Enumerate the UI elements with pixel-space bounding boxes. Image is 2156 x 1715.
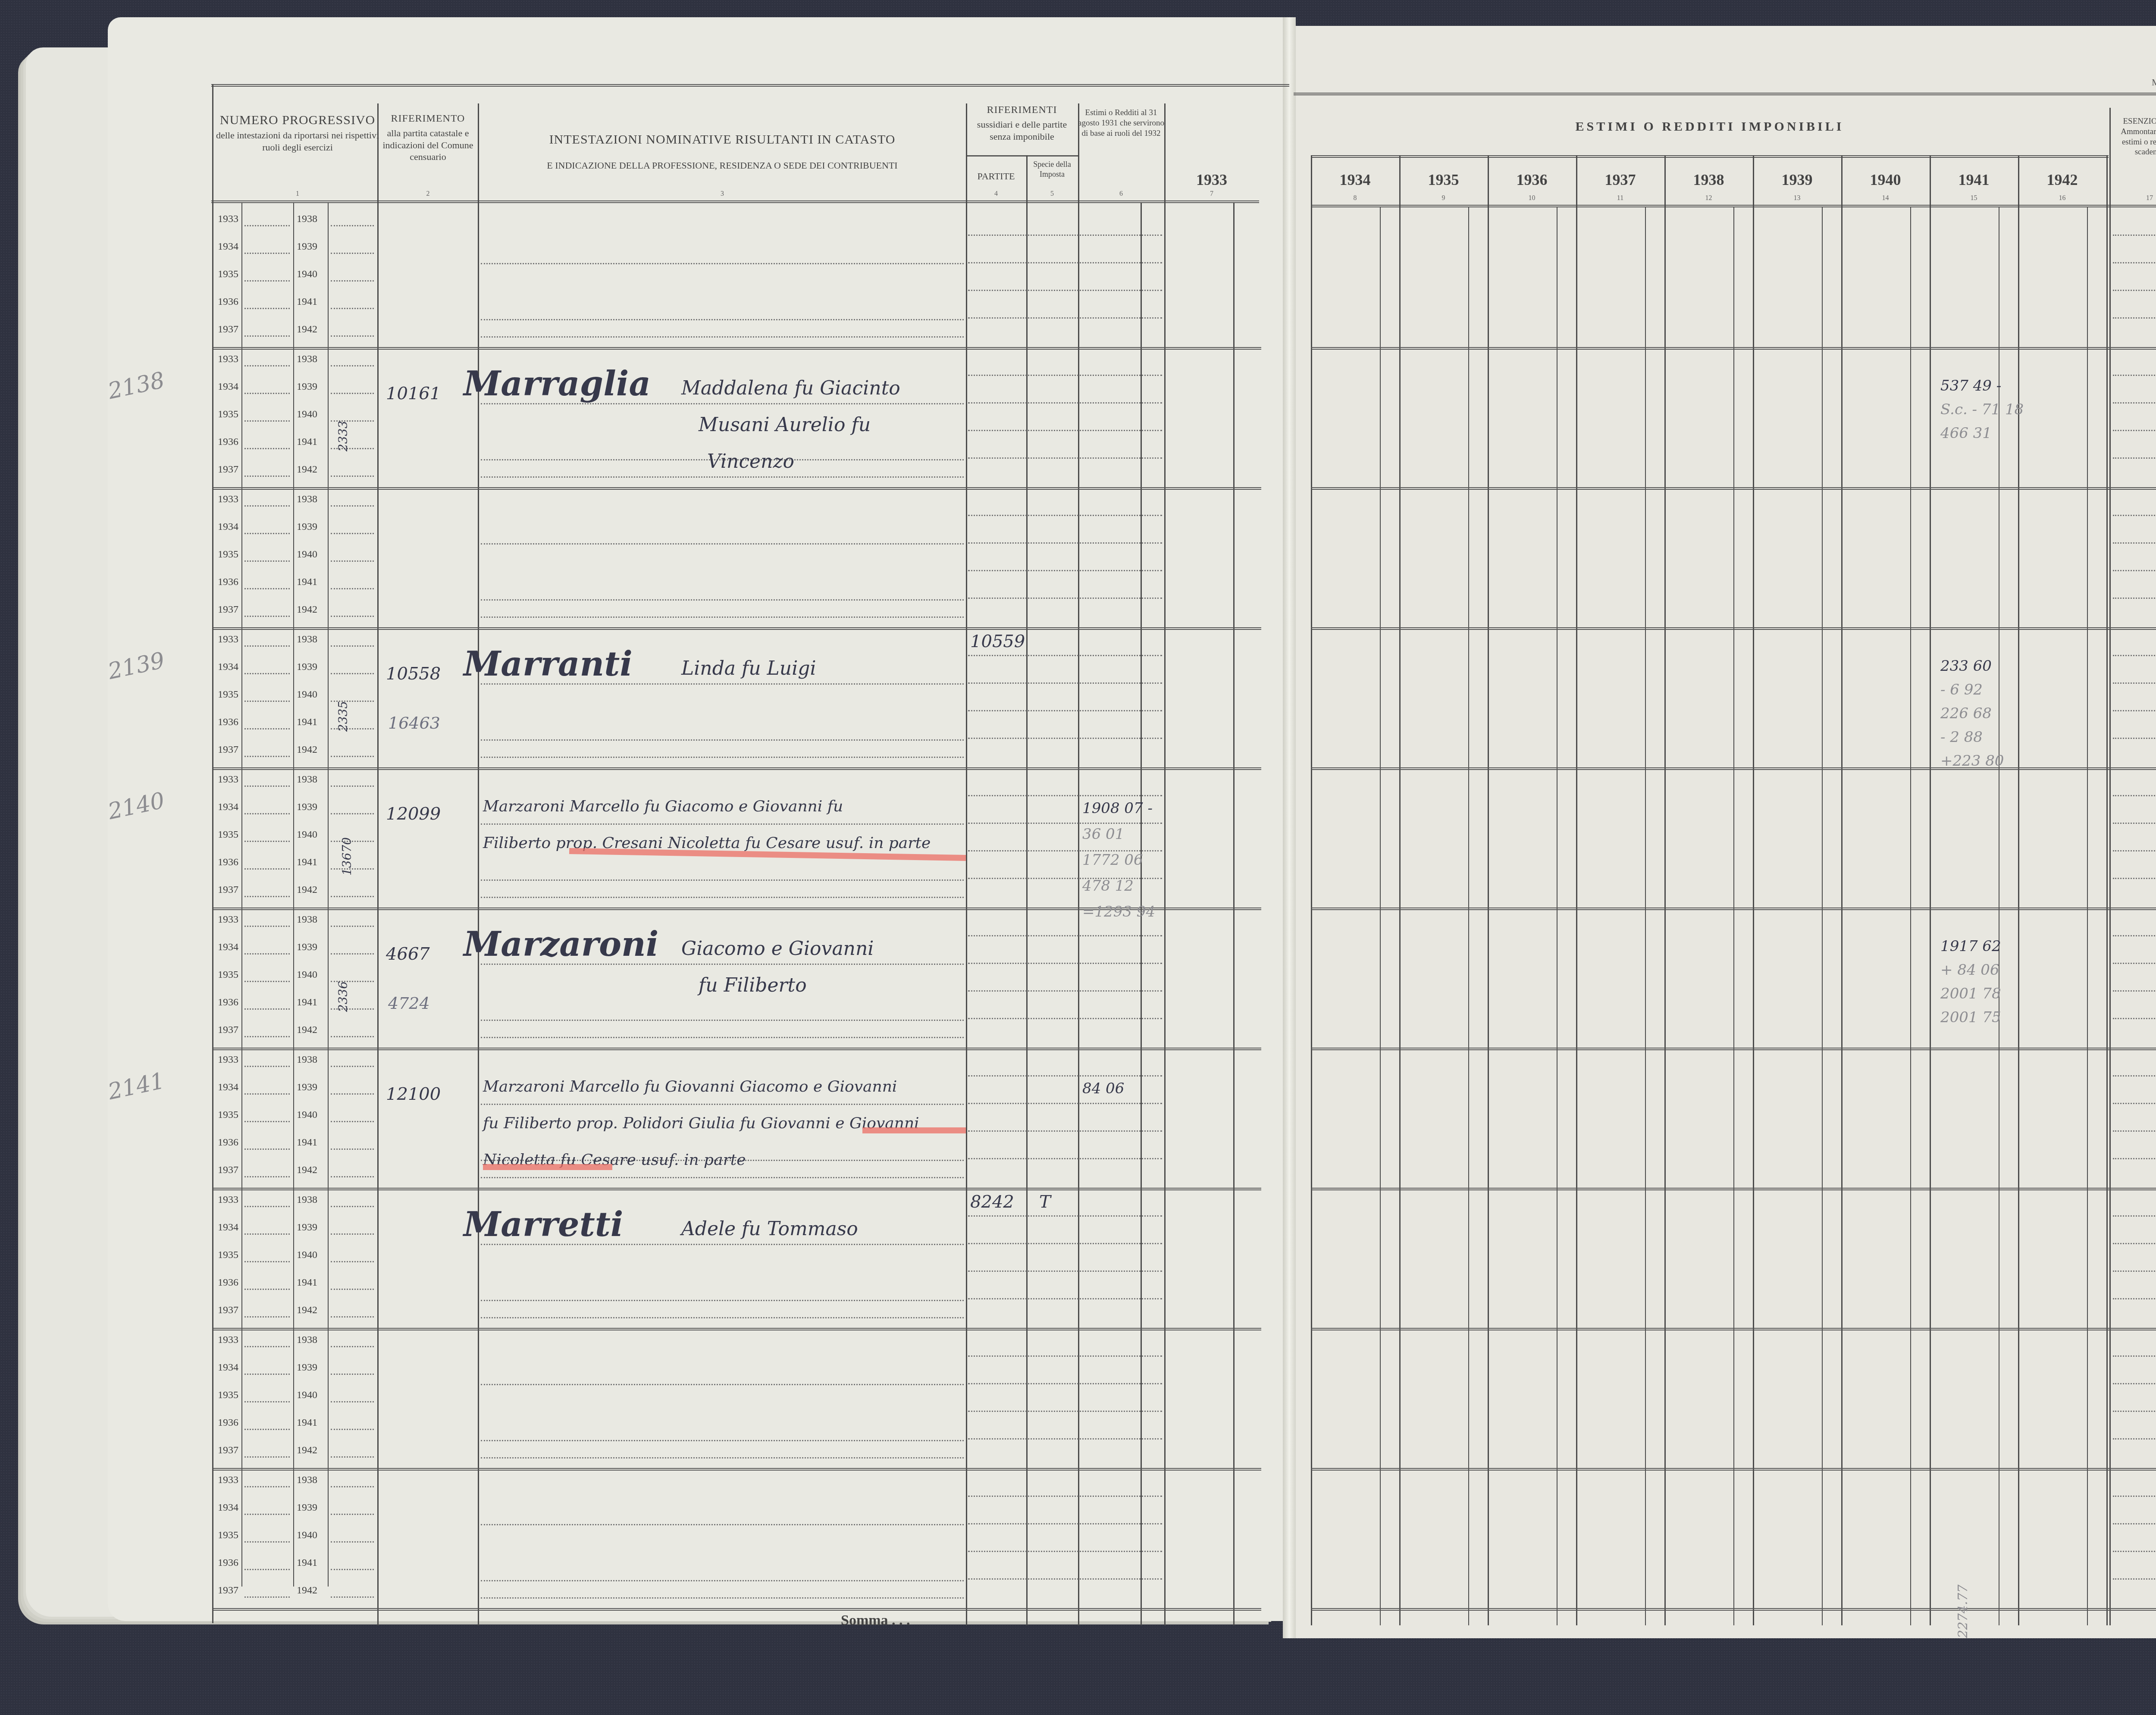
name-dotted-line — [481, 757, 964, 758]
row-separator — [1311, 1328, 2156, 1330]
year-label: 1941 — [297, 857, 317, 868]
name-dotted-line — [481, 739, 964, 741]
subrow-dotted-line — [2113, 290, 2156, 291]
year-label: 1938 — [297, 914, 317, 926]
subrow-dotted-line — [968, 317, 1162, 319]
year-label: 1941 — [297, 1417, 317, 1429]
year-dotted-line — [331, 616, 374, 617]
year-dotted-line — [331, 1401, 374, 1402]
row-separator — [1311, 1608, 2156, 1611]
subrow-dotted-line — [968, 738, 1162, 739]
subrow-dotted-line — [2113, 1578, 2156, 1580]
year-dotted-line — [244, 1569, 290, 1570]
name-dotted-line — [481, 319, 964, 320]
y1941-value: 226 68 — [1940, 705, 1992, 722]
y1941-value: 466 31 — [1940, 425, 1992, 442]
name-dotted-line — [481, 1524, 964, 1525]
year-dotted-line — [244, 616, 290, 617]
col-divider — [1233, 203, 1235, 1625]
year-label: 1935 — [218, 1249, 238, 1261]
year-header-1940: 1940 — [1841, 170, 1930, 190]
year-label: 1937 — [218, 884, 238, 896]
row-separator — [1311, 627, 2156, 630]
subrow-dotted-line — [968, 935, 1162, 936]
year-label: 1942 — [297, 604, 317, 616]
name-dotted-line — [481, 1384, 964, 1385]
subrow-dotted-line — [2113, 1523, 2156, 1524]
cents-divider — [1380, 207, 1381, 1625]
year-dotted-line — [331, 533, 374, 534]
subrow-dotted-line — [2113, 375, 2156, 376]
year-dotted-line — [244, 645, 290, 647]
estimi-1931-value: 1908 07 - — [1082, 800, 1153, 817]
year-label: 1936 — [218, 1277, 238, 1289]
subrow-dotted-line — [2113, 430, 2156, 431]
col-divider — [1078, 103, 1079, 1625]
row-separator — [213, 1468, 1261, 1471]
year-dotted-line — [244, 280, 290, 282]
year-dotted-line — [244, 1289, 290, 1290]
subrow-dotted-line — [968, 1018, 1162, 1019]
year-dotted-line — [244, 393, 290, 394]
year-dotted-line — [244, 896, 290, 897]
row-separator — [1311, 1468, 2156, 1471]
year-label: 1935 — [218, 1390, 238, 1401]
subrow-dotted-line — [2113, 1496, 2156, 1497]
year-label: 1934 — [218, 661, 238, 673]
subrow-dotted-line — [968, 457, 1162, 459]
year-label: 1935 — [218, 409, 238, 420]
year-label: 1942 — [297, 744, 317, 756]
right-header-top-rule — [1294, 93, 2156, 95]
year-dotted-line — [331, 1233, 374, 1235]
year-label: 1934 — [218, 1362, 238, 1374]
year-dotted-line — [331, 588, 374, 589]
year-column-number: 10 — [1488, 194, 1576, 203]
year-dotted-line — [244, 673, 290, 674]
subrow-dotted-line — [2113, 457, 2156, 459]
year-dotted-line — [244, 448, 290, 449]
surname: Marretti — [464, 1205, 623, 1244]
surname: Marranti — [464, 645, 633, 684]
year-label: 1940 — [297, 689, 317, 701]
name-detail-line: Maddalena fu Giacinto — [681, 377, 900, 399]
year-label: 1936 — [218, 1137, 238, 1149]
cadastral-reference: 4667 — [386, 944, 430, 964]
y1941-value: 2001 75 — [1940, 1009, 2001, 1026]
year-label: 1940 — [297, 1109, 317, 1121]
year-dotted-line — [244, 981, 290, 982]
year-label: 1936 — [218, 576, 238, 588]
name-dotted-line — [481, 1177, 964, 1178]
subrow-dotted-line — [2113, 515, 2156, 516]
year-dotted-line — [331, 393, 374, 394]
year-dotted-line — [244, 1514, 290, 1515]
subrow-dotted-line — [968, 1130, 1162, 1132]
row-separator — [213, 1048, 1261, 1050]
col7-year: 1933 — [1164, 170, 1259, 190]
name-dotted-line — [481, 1317, 964, 1318]
year-dotted-line — [331, 1289, 374, 1290]
year-dotted-line — [244, 365, 290, 366]
year-dotted-line — [244, 701, 290, 702]
name-dotted-line — [481, 1104, 964, 1105]
year-dotted-line — [244, 1541, 290, 1543]
col45-subtitle: sussidiari e delle partite senza imponib… — [966, 119, 1078, 142]
year-dotted-line — [331, 280, 374, 282]
year-dotted-line — [244, 1596, 290, 1598]
y1941-value: - 2 88 — [1940, 729, 1983, 746]
year-dotted-line — [331, 1261, 374, 1262]
year-dotted-line — [331, 308, 374, 309]
year-label: 1942 — [297, 1164, 317, 1176]
subrow-dotted-line — [968, 542, 1162, 544]
year-dotted-line — [331, 1596, 374, 1598]
year-dotted-line — [244, 308, 290, 309]
subrow-dotted-line — [968, 1383, 1162, 1384]
year-label: 1933 — [218, 914, 238, 926]
col-divider — [1664, 155, 1666, 1625]
col-divider — [2109, 108, 2111, 1625]
year-label: 1942 — [297, 1445, 317, 1456]
year-dotted-line — [331, 1206, 374, 1207]
name-dotted-line — [481, 1457, 964, 1458]
year-label: 1940 — [297, 829, 317, 841]
year-header-1935: 1935 — [1399, 170, 1488, 190]
year-label: 1938 — [297, 213, 317, 225]
name-detail-line: Giacomo e Giovanni — [681, 938, 874, 960]
year-label: 1935 — [218, 689, 238, 701]
year-label: 1937 — [218, 464, 238, 476]
col-divider — [1841, 155, 1843, 1625]
subrow-dotted-line — [968, 290, 1162, 291]
cents-divider — [1910, 207, 1911, 1625]
secondary-reference: 13670 — [340, 837, 354, 876]
col-divider — [377, 103, 379, 1625]
name-dotted-line — [481, 543, 964, 545]
subrow-dotted-line — [2113, 655, 2156, 656]
subrow-dotted-line — [968, 1298, 1162, 1299]
subrow-dotted-line — [968, 598, 1162, 599]
col1-number: 1 — [216, 190, 379, 198]
subrow-dotted-line — [968, 262, 1162, 263]
year-header-1939: 1939 — [1753, 170, 1841, 190]
subrow-dotted-line — [968, 1075, 1162, 1077]
estimi-1931-value: 1772 06 — [1082, 851, 1143, 869]
subrow-dotted-line — [2113, 1298, 2156, 1299]
year-dotted-line — [331, 1456, 374, 1458]
name-dotted-line — [481, 1580, 964, 1581]
year-label: 1942 — [297, 464, 317, 476]
col6-title: Estimi o Redditi al 31 agosto 1931 che s… — [1078, 108, 1164, 138]
year-column-number: 15 — [1930, 194, 2018, 203]
year-dotted-line — [244, 476, 290, 477]
subrow-dotted-line — [2113, 823, 2156, 824]
subrow-dotted-line — [2113, 1271, 2156, 1272]
year-label: 1940 — [297, 1249, 317, 1261]
year-label: 1941 — [297, 1137, 317, 1149]
year-label: 1940 — [297, 969, 317, 981]
year-label: 1937 — [218, 1164, 238, 1176]
year-dotted-line — [244, 1206, 290, 1207]
year-dotted-line — [244, 756, 290, 757]
year-header-1941: 1941 — [1930, 170, 2018, 190]
year-dotted-line — [244, 1486, 290, 1487]
col5-number: 5 — [1026, 190, 1078, 198]
year-dotted-line — [331, 1316, 374, 1318]
year-dotted-line — [244, 728, 290, 729]
col2-number: 2 — [377, 190, 479, 198]
subrow-dotted-line — [968, 1438, 1162, 1440]
year-dotted-line — [331, 645, 374, 647]
year-dotted-line — [331, 505, 374, 507]
estimi-group-rule — [1311, 155, 2109, 158]
subrow-dotted-line — [968, 1411, 1162, 1412]
year-label: 1938 — [297, 494, 317, 505]
year-label: 1935 — [218, 269, 238, 280]
col4-number: 4 — [966, 190, 1026, 198]
y1941-value: S.c. - 71 18 — [1940, 401, 2024, 418]
name-detail-line: Musani Aurelio fu — [699, 414, 871, 436]
year-label: 1938 — [297, 354, 317, 365]
row-separator — [213, 627, 1261, 630]
cents-divider — [2087, 207, 2088, 1625]
year-label: 1940 — [297, 269, 317, 280]
year-label: 1938 — [297, 1474, 317, 1486]
col-divider — [2106, 155, 2108, 1625]
year-dotted-line — [331, 1176, 374, 1177]
year-label: 1939 — [297, 1082, 317, 1093]
subrow-dotted-line — [968, 430, 1162, 431]
year-dotted-line — [331, 1066, 374, 1067]
year-label: 1934 — [218, 241, 238, 253]
name-dotted-line — [481, 1300, 964, 1301]
year-dotted-line — [331, 365, 374, 366]
subrow-dotted-line — [968, 1523, 1162, 1524]
subrow-dotted-line — [2113, 1130, 2156, 1132]
year-label: 1939 — [297, 1222, 317, 1233]
form-model-label: Mod. 111 - Imposte Dirette (Intercalare)… — [2152, 77, 2156, 88]
year-label: 1937 — [218, 604, 238, 616]
year-dotted-line — [244, 533, 290, 534]
subrow-dotted-line — [968, 402, 1162, 404]
year-label: 1934 — [218, 521, 238, 533]
subrow-dotted-line — [2113, 963, 2156, 964]
subrow-dotted-line — [2113, 795, 2156, 796]
year-dotted-line — [244, 1149, 290, 1150]
subrow-dotted-line — [968, 1271, 1162, 1272]
subrow-dotted-line — [2113, 878, 2156, 879]
col-divider — [1753, 155, 1754, 1625]
cadastral-reference: 12099 — [386, 804, 441, 824]
subrow-dotted-line — [2113, 262, 2156, 263]
year-column-number: 12 — [1664, 194, 1753, 203]
year-label: 1935 — [218, 1530, 238, 1541]
subrow-dotted-line — [968, 710, 1162, 711]
col-divider — [966, 103, 967, 1625]
year-label: 1939 — [297, 1502, 317, 1514]
year-subcol-divider — [293, 203, 294, 1587]
left-page — [108, 17, 1294, 1621]
sum-label: Somma . . . — [841, 1612, 910, 1629]
year-label: 1933 — [218, 1334, 238, 1346]
year-label: 1938 — [297, 1334, 317, 1346]
year-subcol-divider — [328, 203, 329, 1587]
year-dotted-line — [244, 1121, 290, 1122]
year-label: 1942 — [297, 884, 317, 896]
col-divider — [1164, 103, 1166, 1625]
name-detail-line: Marzaroni Marcello fu Giacomo e Giovanni… — [483, 798, 843, 815]
year-dotted-line — [244, 841, 290, 842]
subrow-dotted-line — [968, 1355, 1162, 1357]
year-label: 1934 — [218, 942, 238, 953]
name-dotted-line — [481, 263, 964, 264]
year-dotted-line — [244, 1456, 290, 1458]
year-dotted-line — [331, 1374, 374, 1375]
exemptions-header: ESENZIONI — Ammontare degli estimi o red… — [2111, 116, 2156, 157]
year-dotted-line — [331, 926, 374, 927]
year-label: 1933 — [218, 1474, 238, 1486]
col5-title: Specie della Imposta — [1026, 160, 1078, 179]
year-dotted-line — [331, 1093, 374, 1095]
subrow-dotted-line — [968, 990, 1162, 992]
subrow-dotted-line — [2113, 1018, 2156, 1019]
secondary-reference: 2333 — [336, 421, 350, 451]
subrow-dotted-line — [2113, 1215, 2156, 1217]
col-divider — [2018, 155, 2019, 1625]
year-label: 1935 — [218, 969, 238, 981]
year-column-number: 11 — [1576, 194, 1664, 203]
subrow-dotted-line — [2113, 1103, 2156, 1104]
subrow-dotted-line — [2113, 1158, 2156, 1159]
subrow-dotted-line — [2113, 317, 2156, 319]
subrow-dotted-line — [968, 1103, 1162, 1104]
year-column-number: 9 — [1399, 194, 1488, 203]
subrow-dotted-line — [2113, 1438, 2156, 1440]
subrow-dotted-line — [968, 1243, 1162, 1244]
year-dotted-line — [331, 756, 374, 757]
year-label: 1942 — [297, 324, 317, 335]
subrow-dotted-line — [2113, 570, 2156, 571]
cents-divider — [1733, 207, 1734, 1625]
subrow-dotted-line — [968, 235, 1162, 236]
year-dotted-line — [244, 1316, 290, 1318]
name-detail-line: Adele fu Tommaso — [681, 1218, 858, 1240]
year-label: 1933 — [218, 354, 238, 365]
year-label: 1937 — [218, 744, 238, 756]
year-label: 1935 — [218, 829, 238, 841]
year-dotted-line — [244, 225, 290, 226]
col1-subtitle: delle intestazioni da riportarsi nei ris… — [216, 129, 379, 153]
year-dotted-line — [244, 1346, 290, 1347]
year-dotted-line — [331, 560, 374, 562]
year-dotted-line — [244, 1401, 290, 1402]
year-header-1934: 1934 — [1311, 170, 1399, 190]
row-separator — [1311, 908, 2156, 910]
sum-1941-value: 2274.77 — [1955, 1584, 1971, 1638]
year-dotted-line — [331, 1486, 374, 1487]
name-dotted-line — [481, 476, 964, 478]
col-divider — [1930, 155, 1931, 1625]
year-label: 1934 — [218, 1502, 238, 1514]
name-dotted-line — [481, 879, 964, 881]
year-dotted-line — [331, 1149, 374, 1150]
year-label: 1937 — [218, 1445, 238, 1456]
year-label: 1942 — [297, 1305, 317, 1316]
subrow-dotted-line — [2113, 542, 2156, 544]
year-dotted-line — [244, 588, 290, 589]
cents-divider — [1999, 207, 1999, 1625]
year-header-1937: 1937 — [1576, 170, 1664, 190]
year-label: 1941 — [297, 717, 317, 728]
name-detail-line: Marzaroni Marcello fu Giovanni Giacomo e… — [483, 1078, 897, 1095]
subrow-dotted-line — [968, 795, 1162, 796]
year-dotted-line — [244, 786, 290, 787]
year-dotted-line — [331, 1541, 374, 1543]
year-dotted-line — [331, 896, 374, 897]
subrow-dotted-line — [2113, 682, 2156, 684]
col45-divider — [966, 155, 1078, 156]
name-detail-line: fu Filiberto prop. Polidori Giulia fu Gi… — [483, 1114, 919, 1132]
col-divider — [1311, 155, 1312, 1625]
secondary-reference: 2336 — [336, 981, 350, 1012]
year-dotted-line — [244, 1066, 290, 1067]
year-dotted-line — [331, 476, 374, 477]
year-label: 1934 — [218, 381, 238, 393]
year-label: 1937 — [218, 1024, 238, 1036]
col3-number: 3 — [479, 190, 966, 198]
year-label: 1941 — [297, 576, 317, 588]
subrow-dotted-line — [2113, 738, 2156, 739]
subrow-dotted-line — [2113, 598, 2156, 599]
y1941-value: + 84 06 — [1940, 961, 1999, 979]
subrow-dotted-line — [968, 1496, 1162, 1497]
red-strikethrough — [862, 1127, 966, 1133]
year-dotted-line — [331, 335, 374, 337]
year-column-number: 13 — [1753, 194, 1841, 203]
year-dotted-line — [331, 253, 374, 254]
name-dotted-line — [481, 1037, 964, 1038]
year-column-number: 8 — [1311, 194, 1399, 203]
year-dotted-line — [331, 1036, 374, 1037]
year-label: 1938 — [297, 634, 317, 645]
subrow-dotted-line — [2113, 402, 2156, 404]
year-label: 1936 — [218, 997, 238, 1008]
year-dotted-line — [244, 1233, 290, 1235]
year-dotted-line — [244, 1008, 290, 1010]
estimi-group-title: ESTIMI O REDDITI IMPONIBILI — [1311, 119, 2109, 135]
year-dotted-line — [331, 813, 374, 814]
year-dotted-line — [331, 1346, 374, 1347]
year-label: 1933 — [218, 634, 238, 645]
partite-value: 10559 — [970, 632, 1025, 651]
year-dotted-line — [331, 953, 374, 955]
row-separator — [1311, 1048, 2156, 1050]
name-dotted-line — [481, 1597, 964, 1599]
col2-title: RIFERIMENTO — [377, 112, 479, 125]
cents-divider — [1468, 207, 1469, 1625]
row-separator — [1311, 1188, 2156, 1190]
subrow-dotted-line — [968, 570, 1162, 571]
cadastral-reference: 10161 — [386, 384, 441, 404]
year-label: 1935 — [218, 1109, 238, 1121]
subrow-dotted-line — [968, 682, 1162, 684]
year-dotted-line — [244, 1093, 290, 1095]
col45-title: RIFERIMENTI — [966, 103, 1078, 116]
year-label: 1937 — [218, 1585, 238, 1596]
year-dotted-line — [244, 926, 290, 927]
year-dotted-line — [244, 253, 290, 254]
